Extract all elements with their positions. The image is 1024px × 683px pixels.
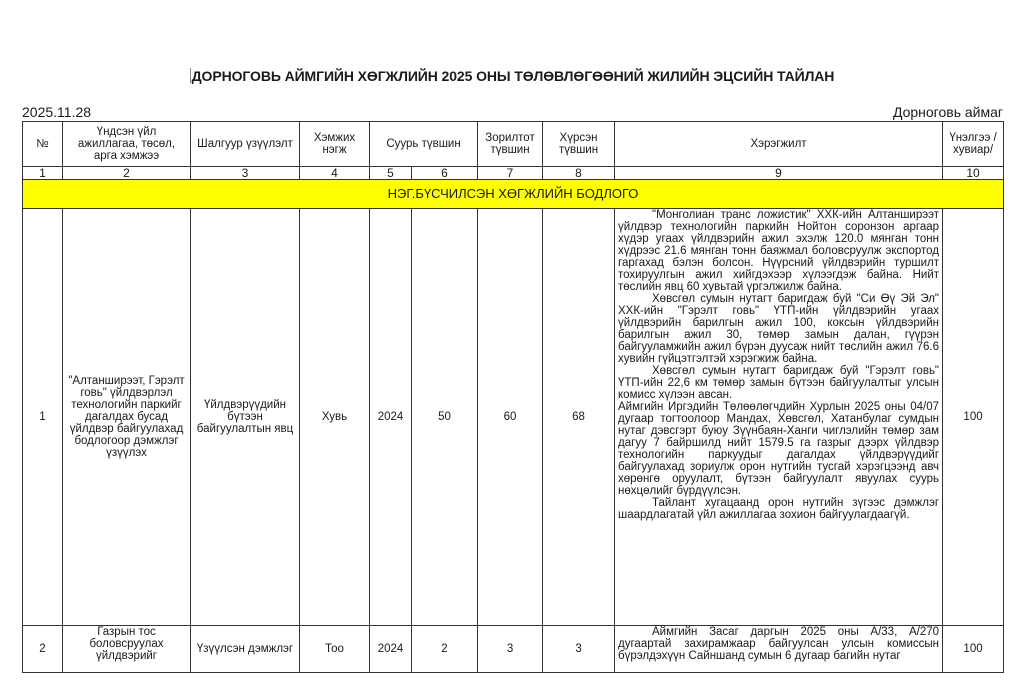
header-activity: Үндсэн үйл ажиллагаа, төсөл, арга хэмжээ — [63, 122, 191, 167]
column-number: 8 — [543, 167, 615, 180]
header-implementation: Хэрэгжилт — [615, 122, 943, 167]
row-target: 60 — [478, 209, 543, 626]
row-indicator: Үзүүлсэн дэмжлэг — [191, 626, 300, 673]
implementation-paragraph: Аймгийн Иргэдийн Төлөөлөгчдийн Хурлын 20… — [618, 401, 939, 497]
header-row: № Үндсэн үйл ажиллагаа, төсөл, арга хэмж… — [23, 122, 1004, 167]
row-activity: Газрын тос боловсруулах үйлдвэрийг — [63, 626, 191, 673]
column-number: 10 — [943, 167, 1004, 180]
row-target: 3 — [478, 626, 543, 673]
header-baseline: Суурь түвшин — [370, 122, 478, 167]
row-indicator: Үйлдвэрүүдийн бүтээн байгуулалтын явц — [191, 209, 300, 626]
section-title: НЭГ.БҮСЧИЛСЭН ХӨГЖЛИЙН БОДЛОГО — [23, 180, 1004, 209]
row-base-year: 2024 — [370, 209, 412, 626]
implementation-paragraph: Аймгийн Засаг даргын 2025 оны А/33, А/27… — [618, 626, 939, 662]
header-unit: Хэмжих нэгж — [300, 122, 370, 167]
implementation-paragraph: Тайлант хугацаанд орон нутгийн зүгээс дэ… — [618, 497, 939, 521]
column-number: 3 — [191, 167, 300, 180]
report-region: Дорноговь аймаг — [893, 104, 1003, 120]
row-base-year: 2024 — [370, 626, 412, 673]
row-achieved: 3 — [543, 626, 615, 673]
implementation-paragraph: "Монголиан транс ложистик" ХХК-ийн Алтан… — [618, 209, 939, 293]
text-cursor — [190, 68, 191, 83]
column-number: 7 — [478, 167, 543, 180]
column-number-row: 1 2 3 4 5 6 7 8 9 10 — [23, 167, 1004, 180]
row-base-value: 2 — [412, 626, 478, 673]
implementation-paragraph: Хөвсгөл сумын нутагт баригдаж буй "Гэрэл… — [618, 365, 939, 401]
row-implementation: "Монголиан транс ложистик" ХХК-ийн Алтан… — [615, 209, 943, 626]
column-number: 5 — [370, 167, 412, 180]
document-title-text: ДОРНОГОВЬ АЙМГИЙН ХӨГЖЛИЙН 2025 ОНЫ ТӨЛӨ… — [192, 68, 835, 84]
column-number: 9 — [615, 167, 943, 180]
row-number: 2 — [23, 626, 63, 673]
report-date: 2025.11.28 — [22, 104, 91, 120]
header-score: Үнэлгээ /хувиар/ — [943, 122, 1004, 167]
implementation-paragraph: Хөвсгөл сумын нутагт баригдаж буй "Си Өү… — [618, 293, 939, 365]
table-row: 2 Газрын тос боловсруулах үйлдвэрийг Үзү… — [23, 626, 1004, 673]
column-number: 1 — [23, 167, 63, 180]
header-no: № — [23, 122, 63, 167]
row-unit: Тоо — [300, 626, 370, 673]
report-table: № Үндсэн үйл ажиллагаа, төсөл, арга хэмж… — [22, 121, 1004, 673]
row-score: 100 — [943, 626, 1004, 673]
row-base-value: 50 — [412, 209, 478, 626]
row-achieved: 68 — [543, 209, 615, 626]
section-row: НЭГ.БҮСЧИЛСЭН ХӨГЖЛИЙН БОДЛОГО — [23, 180, 1004, 209]
column-number: 6 — [412, 167, 478, 180]
header-indicator: Шалгуур үзүүлэлт — [191, 122, 300, 167]
row-implementation: Аймгийн Засаг даргын 2025 оны А/33, А/27… — [615, 626, 943, 673]
header-achieved: Хүрсэн түвшин — [543, 122, 615, 167]
table-row: 1 "Алтанширээт, Гэрэлт говь" үйлдвэрлэл … — [23, 209, 1004, 626]
row-unit: Хувь — [300, 209, 370, 626]
row-number: 1 — [23, 209, 63, 626]
row-activity: "Алтанширээт, Гэрэлт говь" үйлдвэрлэл те… — [63, 209, 191, 626]
row-score: 100 — [943, 209, 1004, 626]
header-target: Зорилтот түвшин — [478, 122, 543, 167]
column-number: 2 — [63, 167, 191, 180]
document-title: ДОРНОГОВЬ АЙМГИЙН ХӨГЖЛИЙН 2025 ОНЫ ТӨЛӨ… — [0, 68, 1024, 84]
column-number: 4 — [300, 167, 370, 180]
